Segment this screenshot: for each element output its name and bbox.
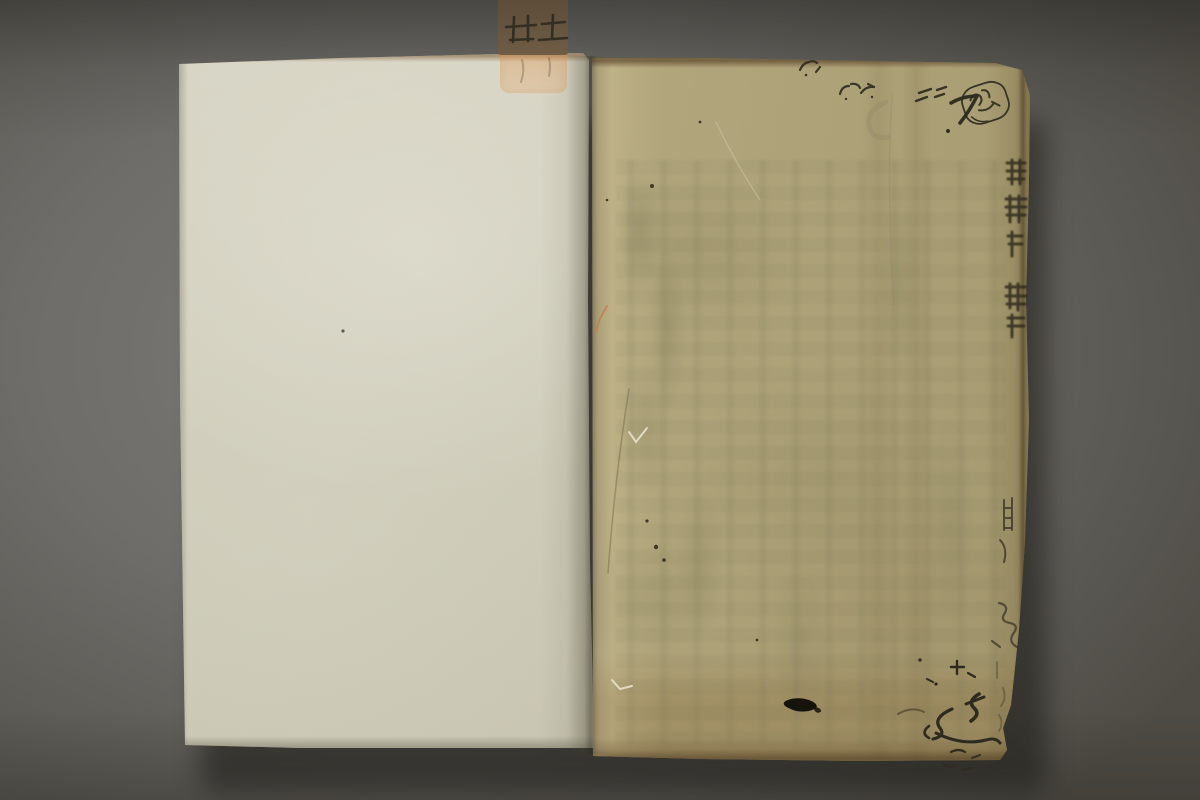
red-fiber [596,306,607,332]
head-scribbles-ink [800,61,874,100]
tab-characters [506,15,567,82]
circled-mark-ink [958,78,1013,128]
fore-edge-strokes-lower-ink [1000,498,1012,562]
white-fiber-marks [612,122,760,689]
bottom-corner-cursive-ink [898,661,1000,770]
ink-drip [783,697,822,714]
photo-stage [0,0,1200,800]
katakana-jotting-ink [916,87,946,101]
crease-lines [608,95,894,573]
fore-edge-title-upper-ink [1006,160,1026,256]
fore-edge-cursive-low-ink [992,603,1017,731]
ink-marks-overlay [0,0,1200,800]
fore-edge-title-middle-ink [1006,284,1026,337]
pencil-swirl [869,102,888,138]
dark-specks [341,121,921,662]
